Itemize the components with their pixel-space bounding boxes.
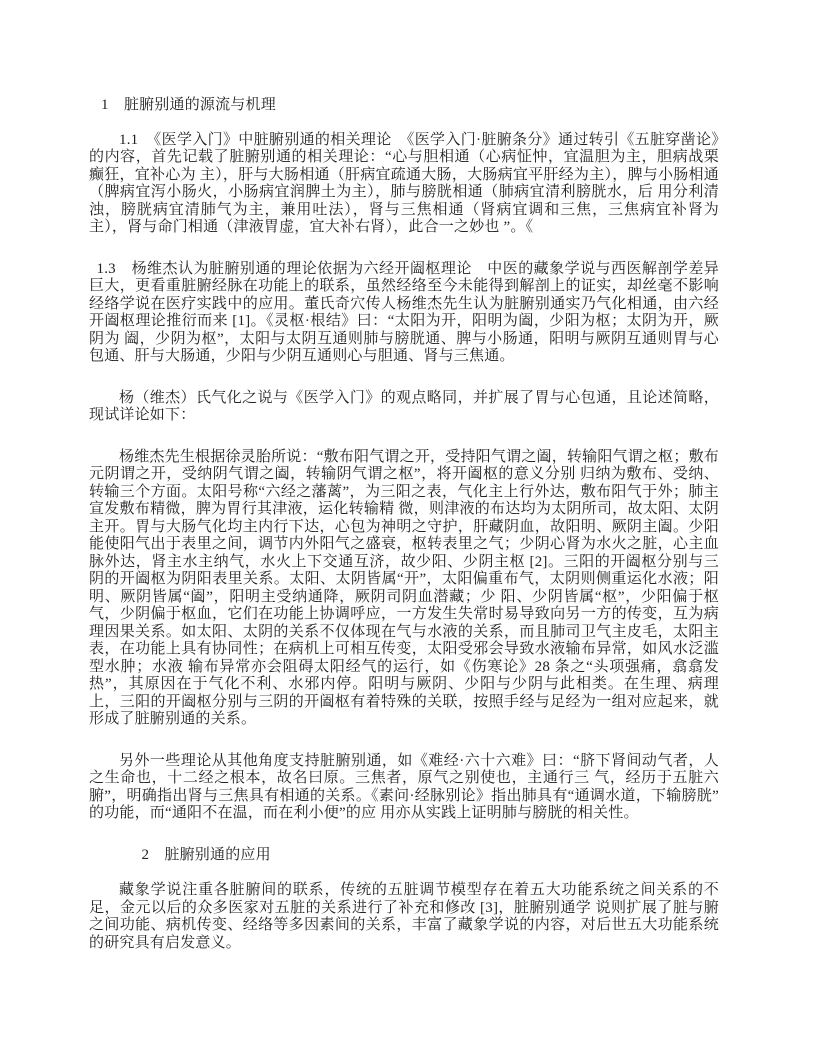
para-yang-weijie-summary: 杨（维杰）氏气化之说与《医学入门》的观点略同，并扩展了胃与心包通，且论述简略，现… xyxy=(89,390,719,425)
para-1-3-liujing-kaihешu-theory: 1.3 杨维杰认为脏腑别通的理论依据为六经开阖枢理论 中医的藏象学说与西医解剖学… xyxy=(89,261,719,366)
document-text-body: 1 脏腑别通的源流与机理 1.1 《医学入门》中脏腑别通的相关理论 《医学入门·… xyxy=(89,97,719,952)
document-page: 1 脏腑别通的源流与机理 1.1 《医学入门》中脏腑别通的相关理论 《医学入门·… xyxy=(0,0,816,1056)
section-2-heading: 2 脏腑别通的应用 xyxy=(89,847,719,865)
para-kaiheshu-detailed-discussion: 杨维杰先生根据徐灵胎所说：“敷布阳气谓之开，受持阳气谓之阖，转输阳气谓之枢；敷布… xyxy=(89,449,719,729)
para-zangxiang-application: 藏象学说注重各脏腑间的联系，传统的五脏调节模型存在着五大功能系统之间关系的不足，… xyxy=(89,882,719,952)
para-1-1-yixue-rumen-theory: 1.1 《医学入门》中脏腑别通的相关理论 《医学入门·脏腑条分》通过转引《五脏穿… xyxy=(89,132,719,237)
section-1-heading: 1 脏腑别通的源流与机理 xyxy=(89,97,719,115)
para-other-supporting-theories: 另外一些理论从其他角度支持脏腑别通，如《难经·六十六难》曰：“脐下肾间动气者，人… xyxy=(89,753,719,823)
